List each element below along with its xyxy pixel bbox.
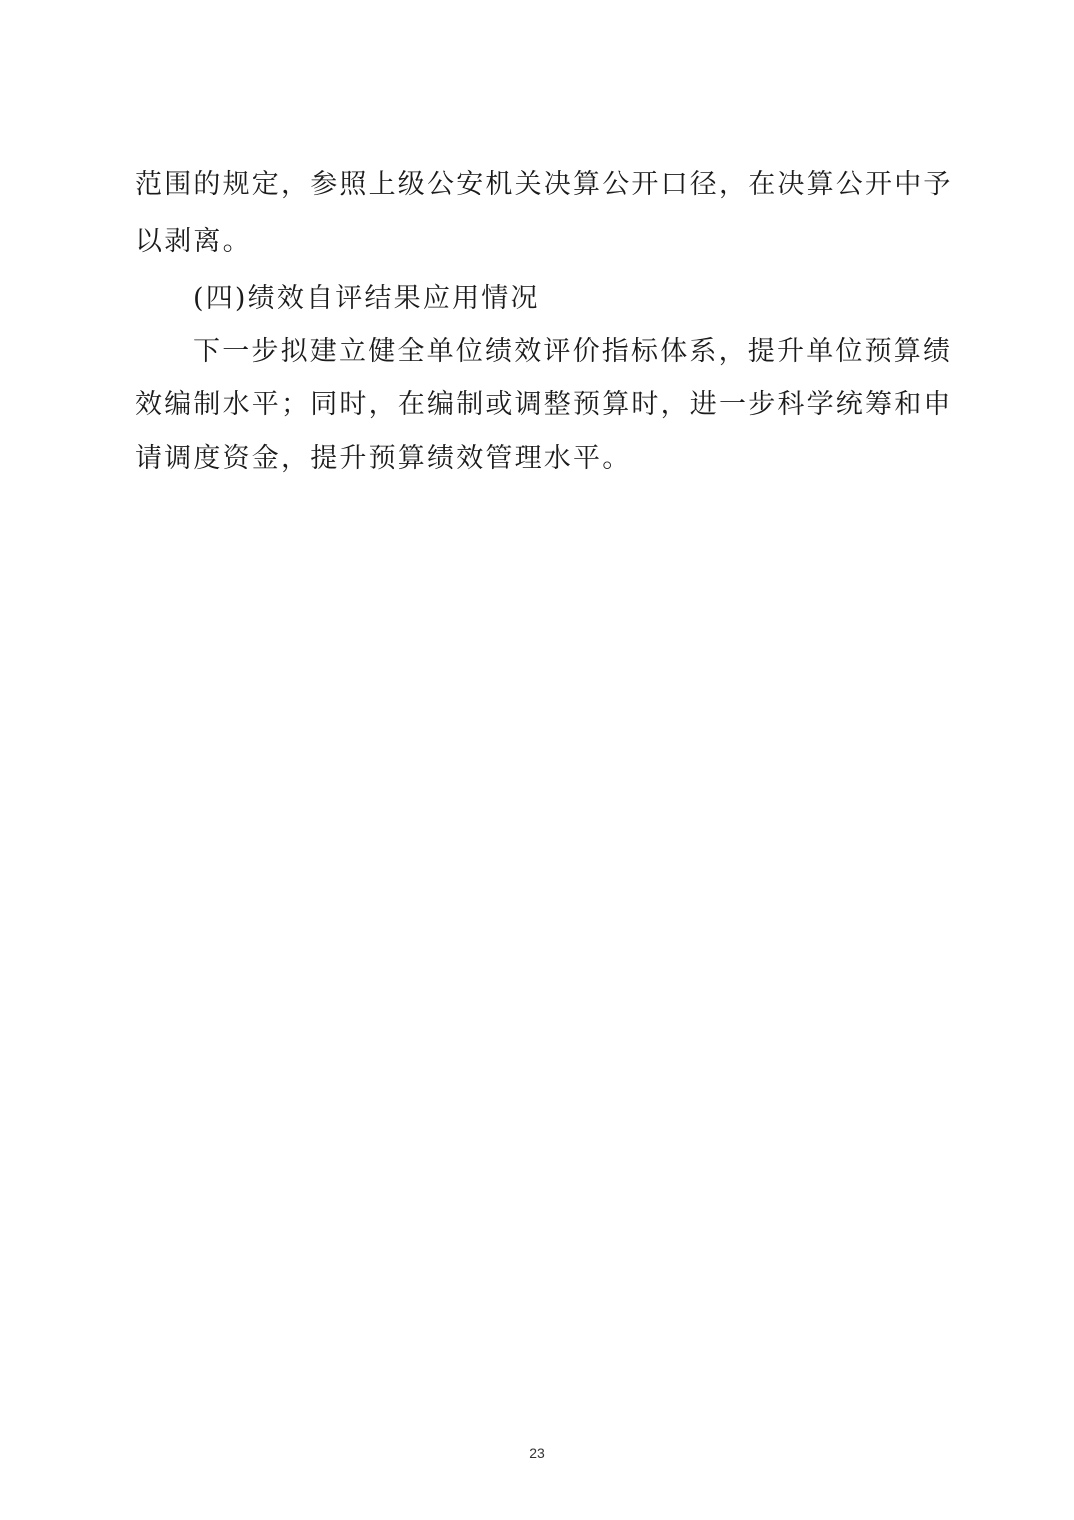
paragraph-body-line-1: 下一步拟建立健全单位绩效评价指标体系，提升单位预算绩 [193, 335, 1003, 369]
document-page: 范围的规定，参照上级公安机关决算公开口径，在决算公开中予 以剥离。 (四)绩效自… [0, 0, 1074, 1520]
paragraph-continuation-line-2: 以剥离。 [135, 225, 945, 259]
paragraph-body-line-2: 效编制水平；同时，在编制或调整预算时，进一步科学统筹和申 [135, 388, 945, 422]
paragraph-continuation-line-1: 范围的规定，参照上级公安机关决算公开口径，在决算公开中予 [135, 168, 945, 202]
page-number: 23 [0, 1445, 1074, 1461]
section-heading: (四)绩效自评结果应用情况 [193, 282, 1003, 316]
paragraph-body-line-3: 请调度资金，提升预算绩效管理水平。 [135, 442, 945, 476]
